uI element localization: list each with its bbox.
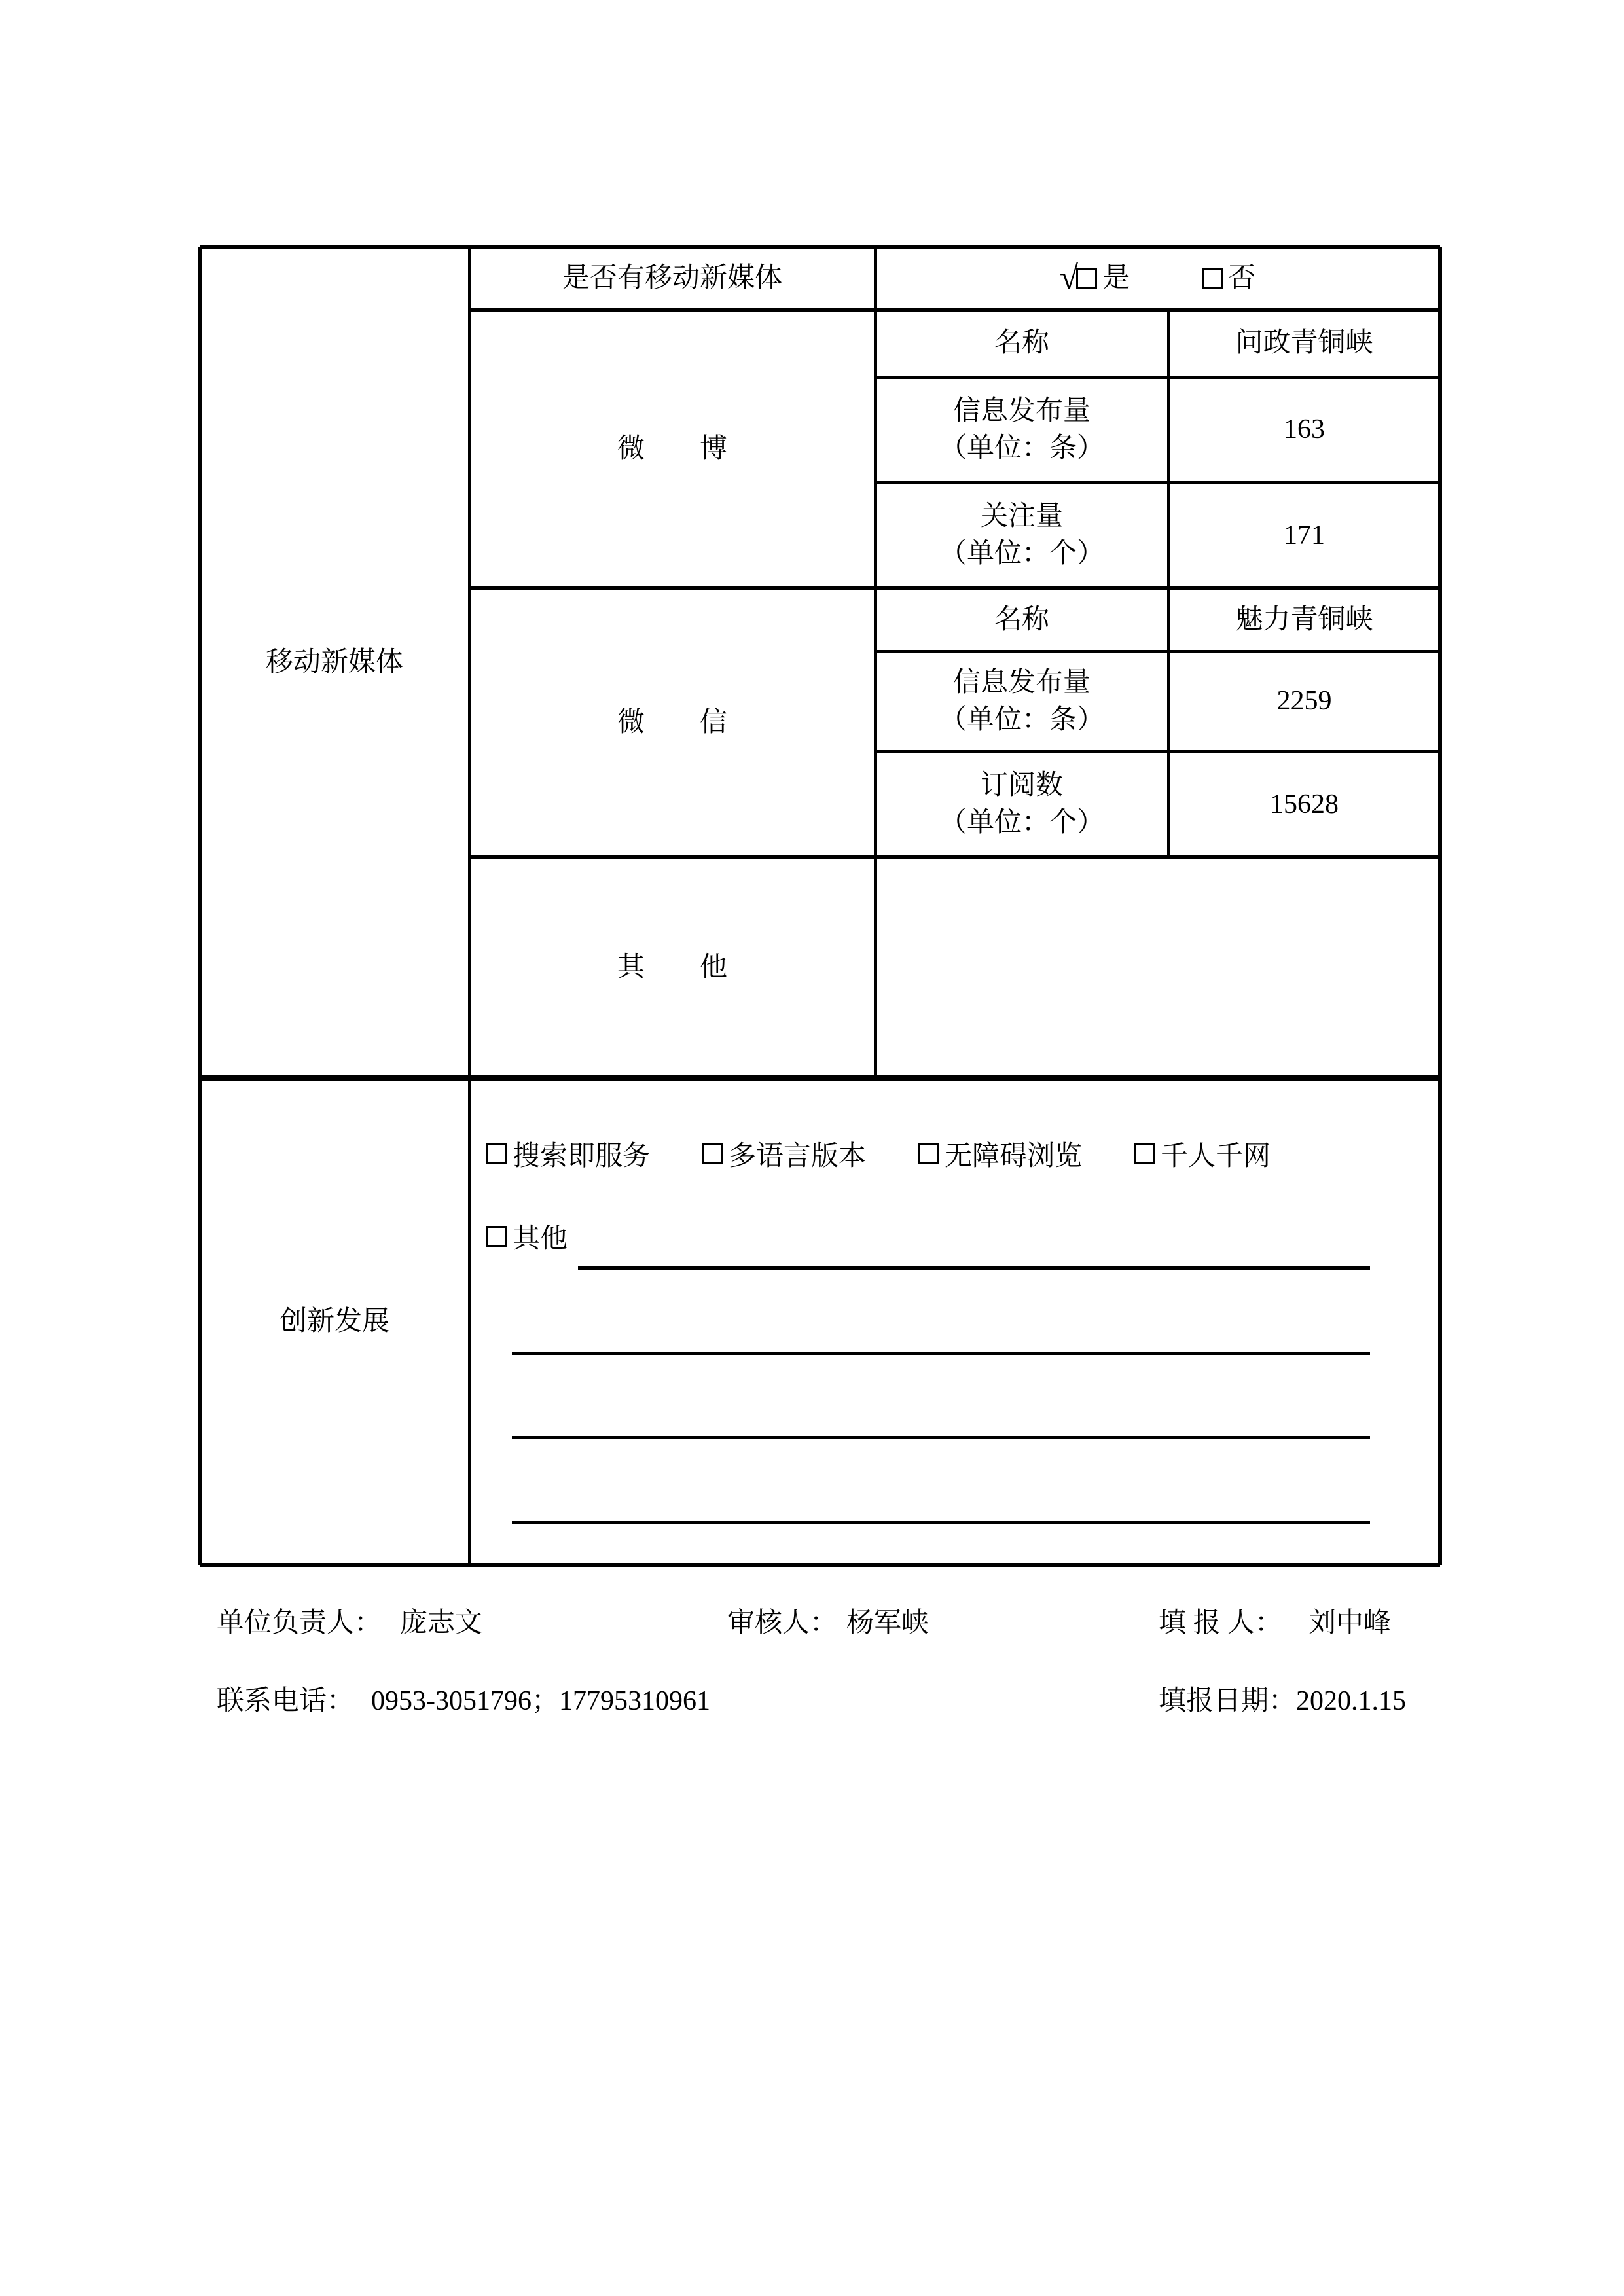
personalized-web-checkbox[interactable] <box>1134 1143 1155 1164</box>
weibo-label: 微 博 <box>469 310 875 588</box>
search-service-label: 搜索即服务 <box>513 1134 650 1174</box>
report-date-label: 填报日期： <box>1159 1686 1296 1716</box>
other-media-value <box>875 857 1440 1078</box>
accessibility-label: 无障碍浏览 <box>945 1134 1082 1174</box>
yes-checkbox[interactable] <box>1076 268 1097 289</box>
wechat-subscribers-label: 订阅数 （单位：个） <box>875 751 1168 857</box>
fill-in-line-2[interactable] <box>512 1352 1370 1355</box>
wechat-subscribers-label-line1: 订阅数 <box>981 767 1063 804</box>
filler-label: 填 报 人： <box>1159 1608 1282 1638</box>
wechat-posts-label: 信息发布量 （单位：条） <box>875 651 1168 751</box>
reviewer-label: 审核人： <box>727 1608 837 1638</box>
option-search-service: 搜索即服务 <box>486 1134 650 1174</box>
wechat-posts-label-line1: 信息发布量 <box>953 664 1091 702</box>
mobile-media-section-label: 移动新媒体 <box>200 247 469 1078</box>
contact-phone-value: 0953-3051796；17795310961 <box>371 1686 710 1716</box>
weibo-posts-label-line1: 信息发布量 <box>953 393 1091 430</box>
multilingual-label: 多语言版本 <box>729 1134 866 1174</box>
has-mobile-media-answer: √是 否 <box>875 247 1440 310</box>
weibo-name-value: 问政青铜峡 <box>1168 310 1440 377</box>
weibo-followers-label: 关注量 （单位：个） <box>875 482 1168 588</box>
wechat-name-label: 名称 <box>875 588 1168 651</box>
other-checkbox[interactable] <box>486 1226 507 1247</box>
multilingual-checkbox[interactable] <box>702 1143 723 1164</box>
weibo-posts-value: 163 <box>1168 377 1440 482</box>
weibo-posts-label: 信息发布量 （单位：条） <box>875 377 1168 482</box>
weibo-followers-label-line2: （单位：个） <box>939 535 1104 573</box>
wechat-name-value: 魅力青铜峡 <box>1168 588 1440 651</box>
wechat-subscribers-value: 15628 <box>1168 751 1440 857</box>
accessibility-checkbox[interactable] <box>918 1143 939 1164</box>
fill-in-line-1[interactable] <box>578 1266 1370 1270</box>
yes-label: 是 <box>1102 260 1130 297</box>
weibo-posts-label-line2: （单位：条） <box>939 430 1104 467</box>
personalized-web-label: 千人千网 <box>1161 1134 1271 1174</box>
wechat-posts-label-line2: （单位：条） <box>939 702 1104 739</box>
reviewer-name: 杨军峡 <box>846 1608 929 1638</box>
contact-phone: 联系电话：0953-3051796；17795310961 <box>217 1679 710 1718</box>
option-personalized-web: 千人千网 <box>1134 1134 1271 1174</box>
unit-manager-label: 单位负责人： <box>217 1608 382 1638</box>
unit-manager-name: 庞志文 <box>400 1608 482 1638</box>
option-accessibility: 无障碍浏览 <box>918 1134 1082 1174</box>
innovation-section-label: 创新发展 <box>200 1078 469 1565</box>
wechat-label: 微 信 <box>469 588 875 857</box>
media-form-table: 移动新媒体 创新发展 是否有移动新媒体 √是 否 微 博 名称 问政青铜峡 信息… <box>200 247 1440 1565</box>
filler-name: 刘中峰 <box>1308 1608 1391 1638</box>
innovation-options-row: 搜索即服务 多语言版本 无障碍浏览 千人千网 <box>486 1134 1271 1174</box>
other-media-label: 其 他 <box>469 857 875 1078</box>
weibo-name-label: 名称 <box>875 310 1168 377</box>
yes-check-mark: √ <box>1060 255 1079 301</box>
filler: 填 报 人：刘中峰 <box>1159 1601 1391 1640</box>
report-date-value: 2020.1.15 <box>1296 1686 1406 1716</box>
form-page: 移动新媒体 创新发展 是否有移动新媒体 √是 否 微 博 名称 问政青铜峡 信息… <box>0 0 1624 2296</box>
weibo-followers-label-line1: 关注量 <box>981 498 1063 535</box>
fill-in-line-4[interactable] <box>512 1521 1370 1524</box>
report-date: 填报日期：2020.1.15 <box>1159 1679 1406 1718</box>
innovation-content: 搜索即服务 多语言版本 无障碍浏览 千人千网 其他 <box>469 1078 1440 1565</box>
has-mobile-media-label: 是否有移动新媒体 <box>469 247 875 310</box>
unit-manager: 单位负责人：庞志文 <box>217 1601 482 1640</box>
weibo-followers-value: 171 <box>1168 482 1440 588</box>
other-option-label: 其他 <box>513 1217 568 1256</box>
fill-in-line-3[interactable] <box>512 1436 1370 1439</box>
search-service-checkbox[interactable] <box>486 1143 507 1164</box>
innovation-other-row: 其他 <box>486 1217 568 1256</box>
option-multilingual: 多语言版本 <box>702 1134 866 1174</box>
option-other: 其他 <box>486 1217 568 1256</box>
no-checkbox[interactable] <box>1202 268 1223 289</box>
wechat-subscribers-label-line2: （单位：个） <box>939 804 1104 842</box>
wechat-posts-value: 2259 <box>1168 651 1440 751</box>
reviewer: 审核人：杨军峡 <box>727 1601 929 1640</box>
no-label: 否 <box>1228 260 1255 297</box>
contact-phone-label: 联系电话： <box>217 1686 354 1716</box>
